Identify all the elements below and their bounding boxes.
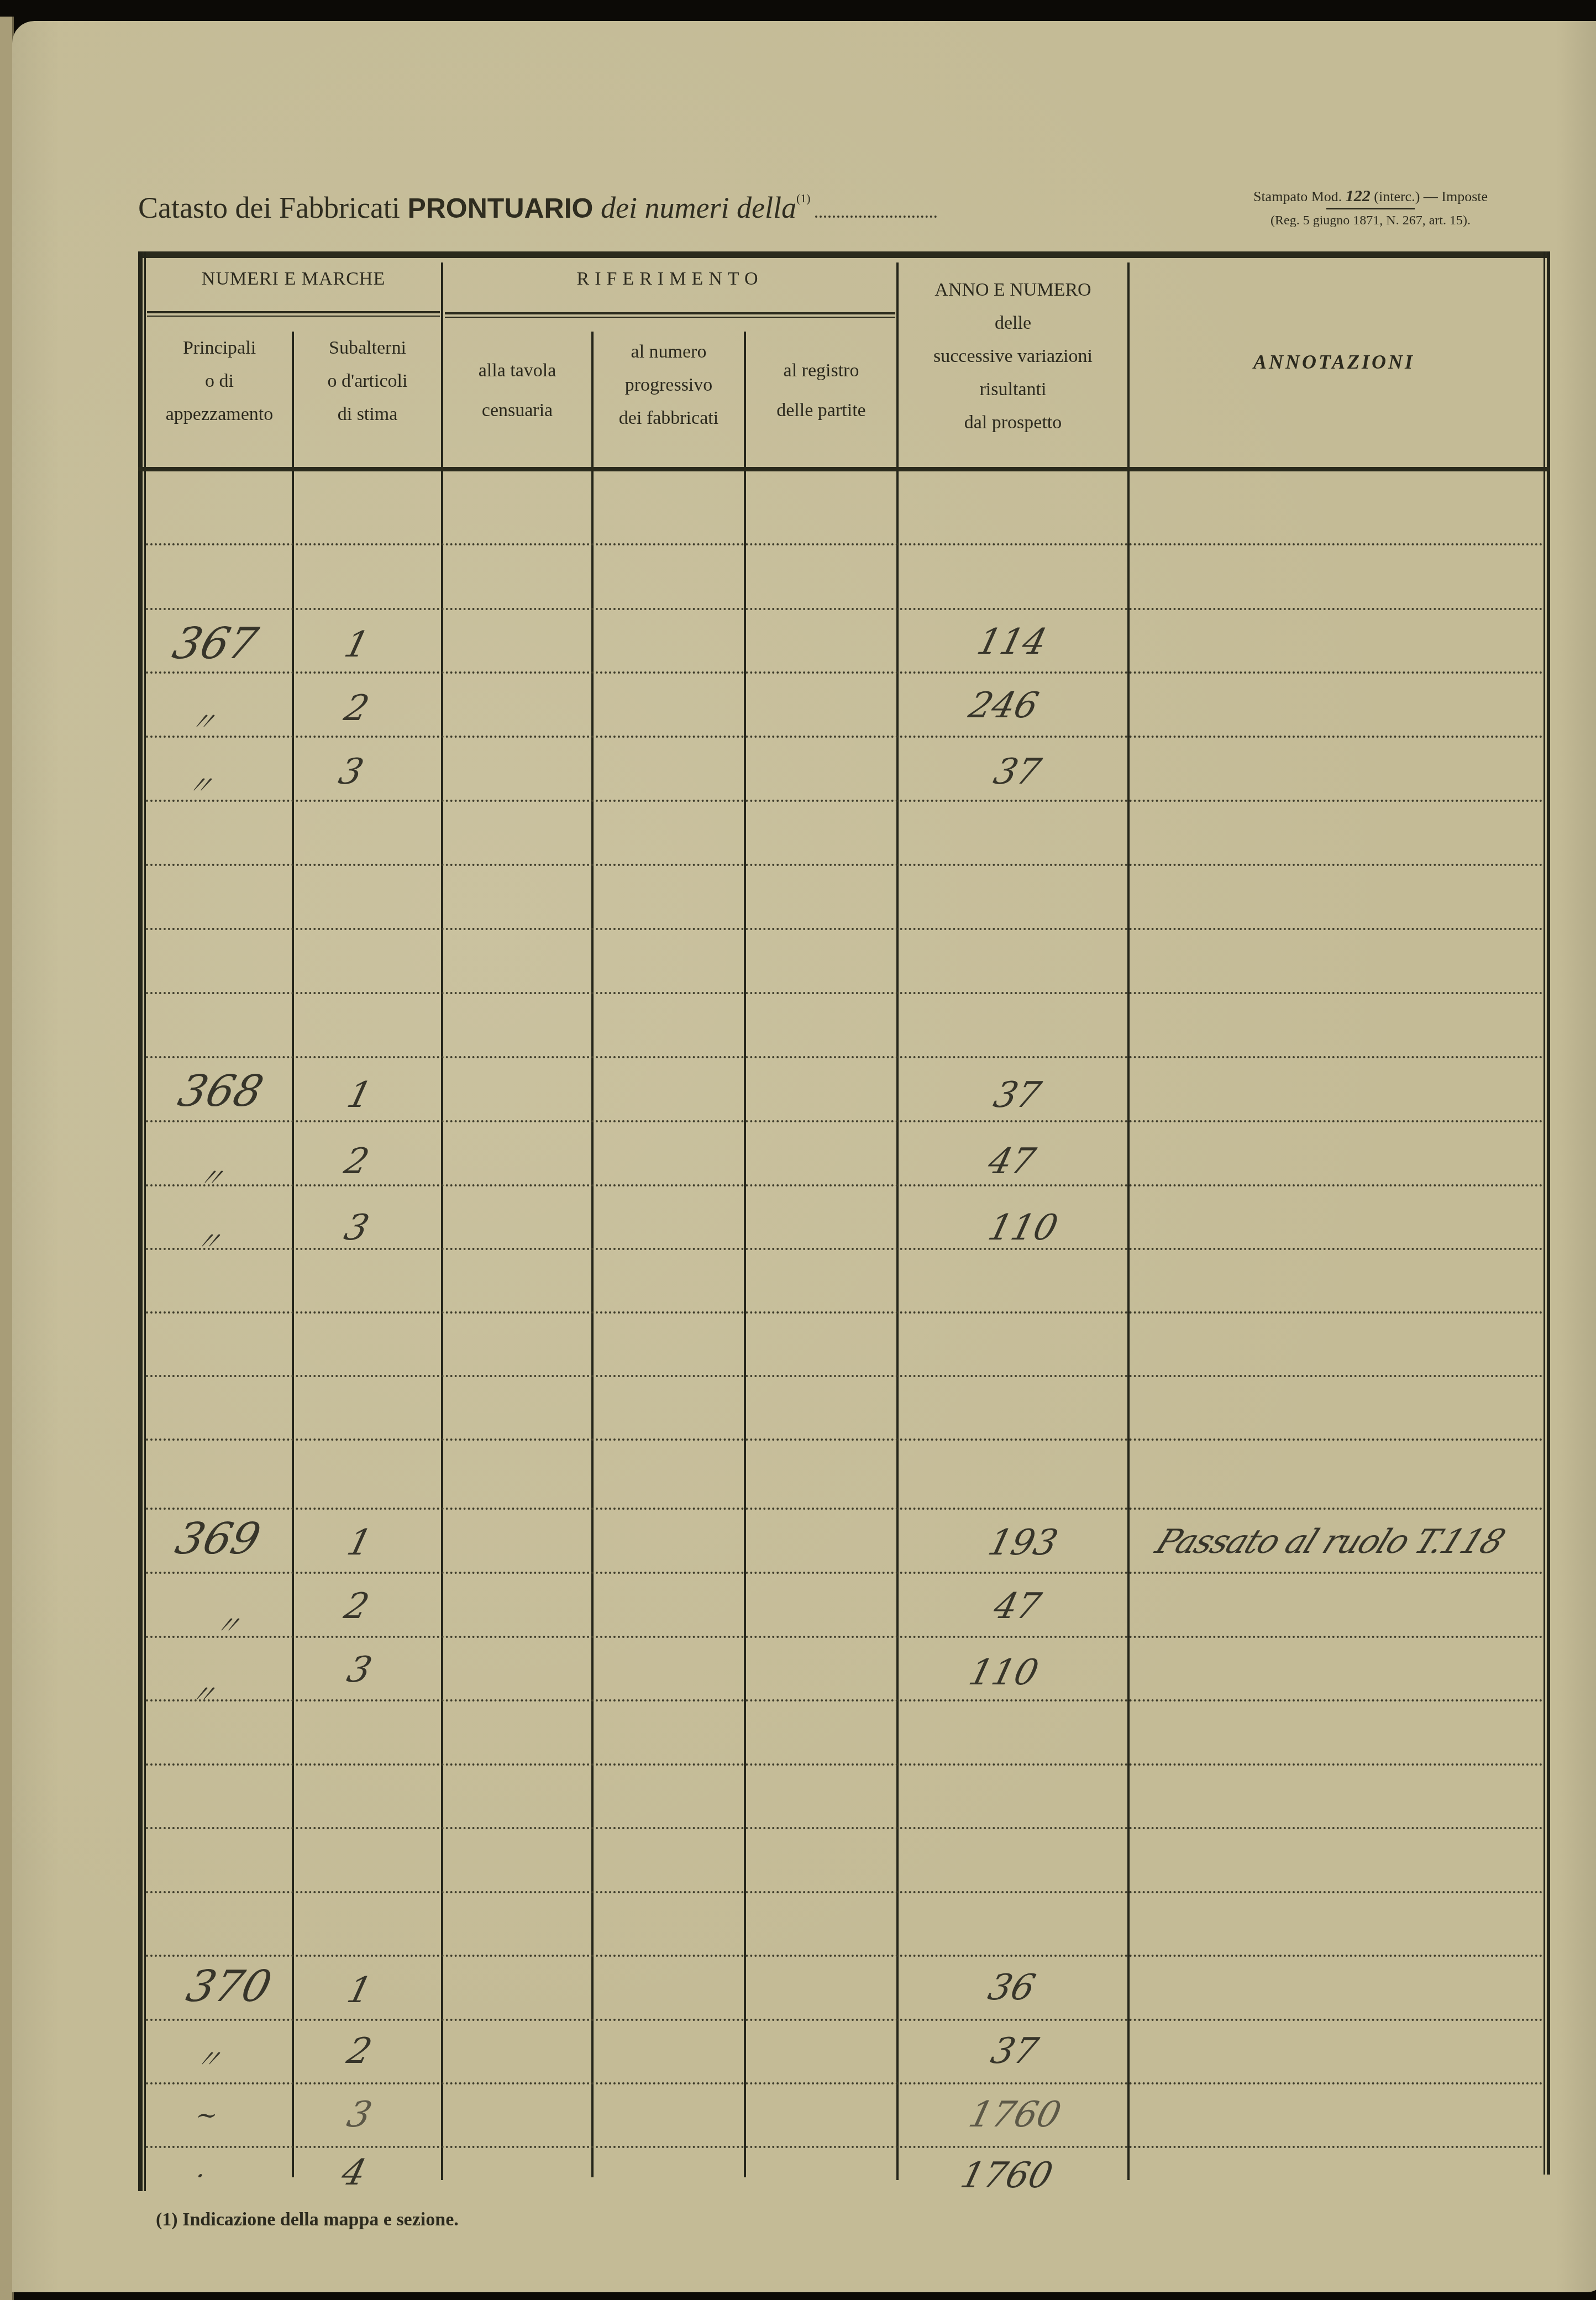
ruled-line — [146, 928, 1544, 930]
group-header-riferimento: RIFERIMENTO — [445, 262, 895, 296]
entry-variazione: 246 — [965, 685, 1043, 726]
title-regular: Catasto dei Fabbricati — [138, 191, 400, 224]
col-header-annotazioni: ANNOTAZIONI — [1130, 345, 1539, 379]
numeri-group-rule — [147, 311, 440, 317]
table-top-border — [138, 251, 1550, 258]
ruled-line — [146, 1955, 1544, 1957]
entry-variazione: 110 — [984, 1207, 1062, 1248]
ruled-line — [146, 1508, 1544, 1510]
entry-variazione: 1760 — [965, 2094, 1065, 2135]
col-header-tavola: alla tavola censuaria — [443, 351, 591, 430]
ruled-line — [146, 1699, 1544, 1702]
col-header-progressivo: al numero progressivo dei fabbricati — [594, 335, 744, 435]
title-footnote-ref: (1) — [796, 191, 811, 205]
col-header-anno-numero: ANNO E NUMERO delle successive variazion… — [899, 274, 1127, 439]
ruled-line — [146, 736, 1544, 738]
table-left-border — [138, 251, 146, 2191]
entry-annotazione: Passato al ruolo T.118 — [1150, 1522, 1510, 1561]
ruled-line — [146, 864, 1544, 866]
entry-variazione: 193 — [984, 1522, 1062, 1563]
stamp-reference: (Reg. 5 giugno 1871, N. 267, art. 15). — [1194, 209, 1547, 232]
ruled-line — [146, 2082, 1544, 2084]
footnote: (1) Indicazione della mappa e sezione. — [156, 2209, 459, 2230]
col-header-principali: Principali o di appezzamento — [147, 332, 292, 431]
stamp-suffix: (interc.) — Imposte — [1374, 188, 1488, 204]
entry-variazione: 110 — [965, 1652, 1043, 1693]
header-bottom-border — [138, 467, 1550, 471]
col-header-registro: al registro delle partite — [746, 351, 896, 430]
title-fill-line — [815, 216, 937, 218]
ruled-line — [146, 1636, 1544, 1638]
ruled-line — [146, 2019, 1544, 2021]
table-right-border — [1544, 251, 1550, 2175]
page-title: Catasto dei Fabbricati PRONTUARIO dei nu… — [138, 191, 937, 225]
title-bold: PRONTUARIO — [407, 193, 593, 224]
ruled-line — [146, 608, 1544, 610]
col-header-subalterni: Subalterni o d'articoli di stima — [294, 332, 441, 431]
entry-principale: 368 — [174, 1067, 268, 1116]
ruled-line — [146, 1120, 1544, 1122]
ruled-line — [146, 1891, 1544, 1893]
ruled-line — [146, 671, 1544, 674]
entry-variazione: 114 — [973, 622, 1051, 663]
ruled-line — [146, 1572, 1544, 1574]
ruled-line — [146, 543, 1544, 545]
entry-variazione: 1760 — [957, 2155, 1057, 2196]
stamp-prefix: Stampato Mod. — [1253, 188, 1342, 204]
ruled-line — [146, 1438, 1544, 1441]
ruled-line — [146, 992, 1544, 994]
ruled-line — [146, 1056, 1544, 1058]
ruled-line — [146, 1184, 1544, 1186]
ruled-line — [146, 1311, 1544, 1314]
entry-principale: 370 — [182, 1962, 276, 2012]
form-stamp: Stampato Mod. 122 (interc.) — Imposte (R… — [1194, 185, 1547, 232]
ruled-line — [146, 1375, 1544, 1377]
ruled-line — [146, 800, 1544, 802]
title-italic: dei numeri della — [601, 191, 796, 224]
entry-principale: 367 — [168, 619, 262, 669]
group-header-numeri: NUMERI E MARCHE — [147, 262, 440, 296]
ruled-line — [146, 1827, 1544, 1829]
ruled-line — [146, 1763, 1544, 1766]
stamp-model: 122 — [1346, 187, 1371, 205]
ruled-line — [146, 2146, 1544, 2148]
entry-principale: 369 — [171, 1514, 265, 1564]
riferimento-group-rule — [445, 312, 895, 318]
